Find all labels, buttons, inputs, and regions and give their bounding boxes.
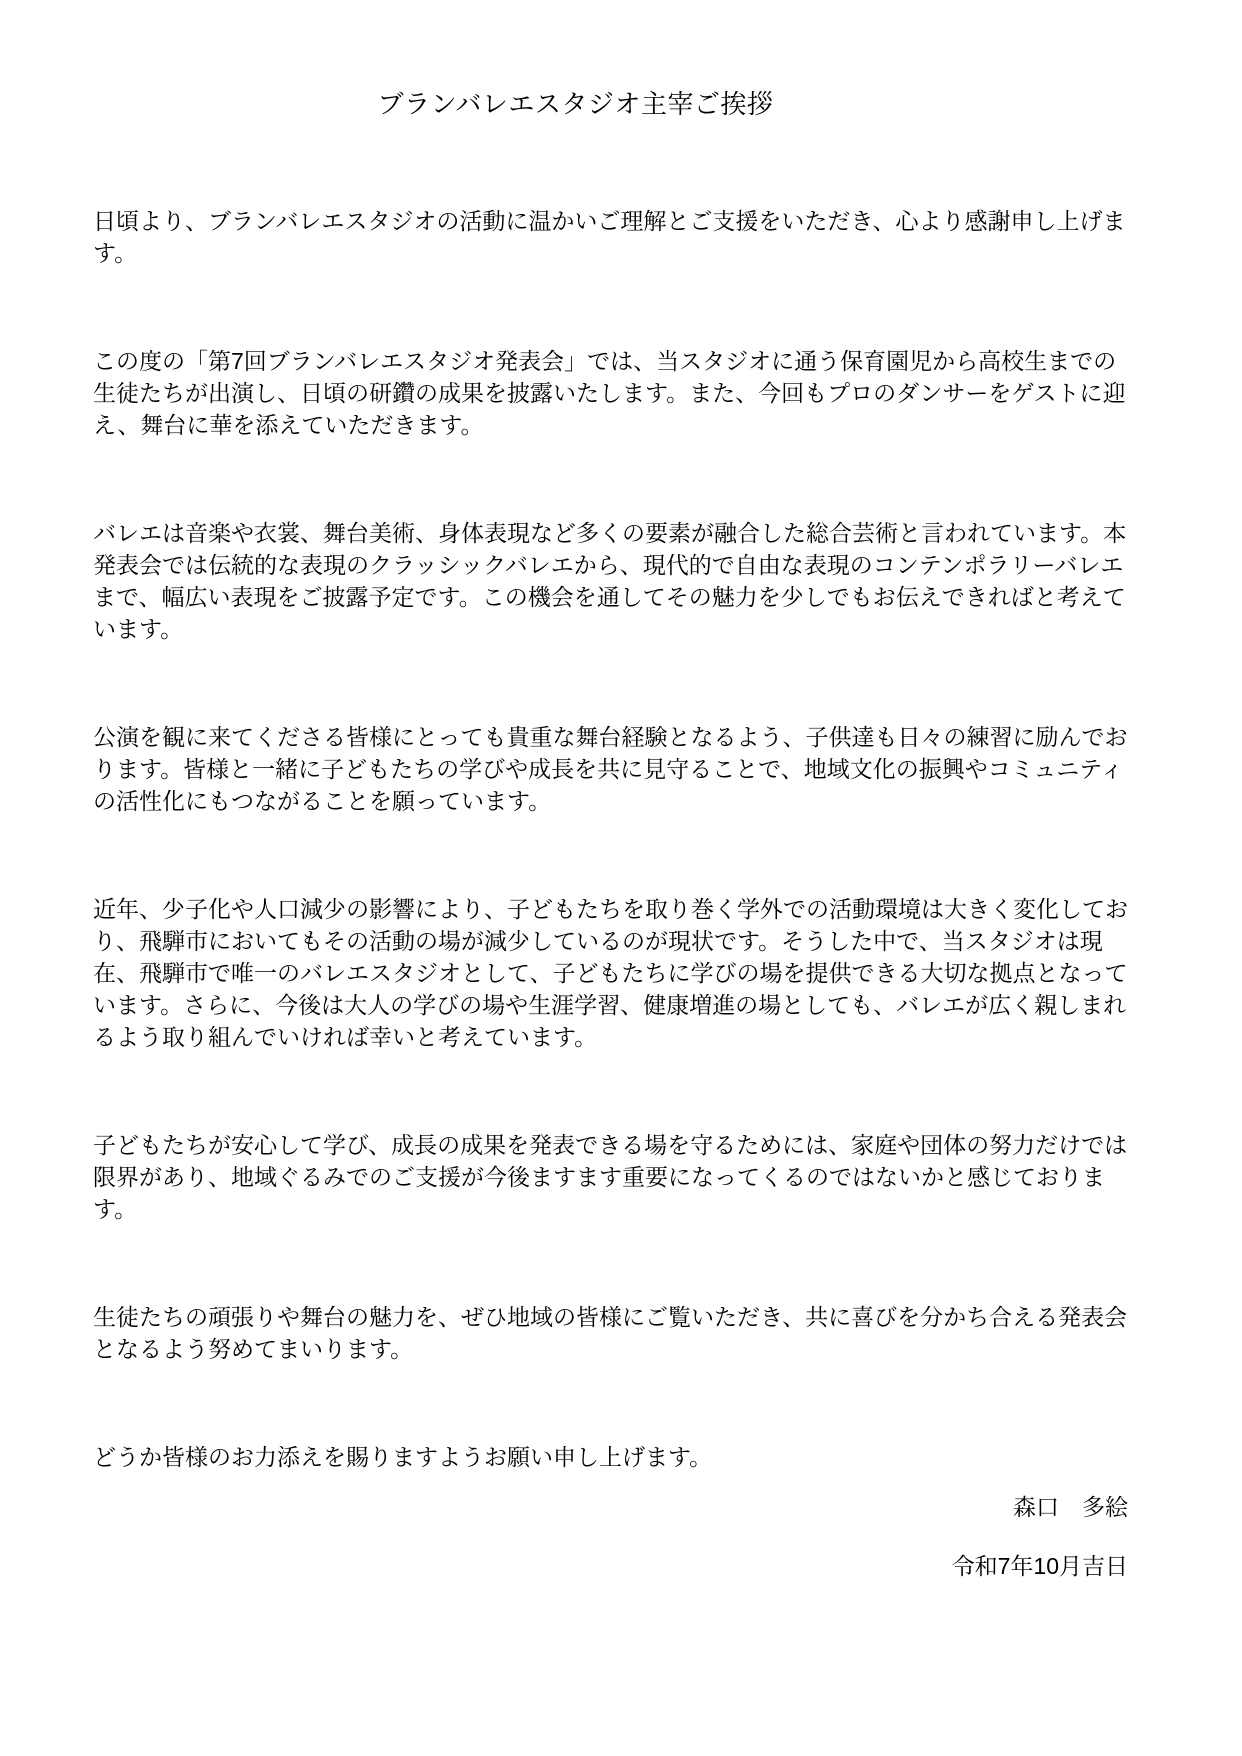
paragraph-recital-announcement: この度の「第7回ブランバレエスタジオ発表会」では、当スタジオに通う保育園児から高… [93,345,1128,441]
paragraph-support-importance: 子どもたちが安心して学び、成長の成果を発表できる場を守るためには、家庭や団体の努… [93,1129,1128,1225]
paragraph-ballet-as-art: バレエは音楽や衣裳、舞台美術、身体表現など多くの要素が融合した総合芸術と言われて… [93,517,1128,645]
paragraph-thanks: 日頃より、ブランバレエスタジオの活動に温かいご理解とご支援をいただき、心より感謝… [93,205,1128,269]
paragraph-community-role: 近年、少子化や人口減少の影響により、子どもたちを取り巻く学外での活動環境は大きく… [93,893,1128,1053]
document-date: 令和7年10月吉日 [93,1550,1128,1582]
paragraph-closing-request: どうか皆様のお力添えを賜りますようお願い申し上げます。 [93,1441,1128,1473]
document-title: ブランバレエスタジオ主宰ご挨拶 [93,86,1058,122]
paragraph-invitation: 生徒たちの頑張りや舞台の魅力を、ぜひ地域の皆様にご覧いただき、共に喜びを分かち合… [93,1301,1128,1365]
document-page: ブランバレエスタジオ主宰ご挨拶 日頃より、ブランバレエスタジオの活動に温かいご理… [0,0,1242,1756]
signature-name: 森口 多絵 [93,1491,1128,1523]
paragraph-stage-experience: 公演を観に来てくださる皆様にとっても貴重な舞台経験となるよう、子供達も日々の練習… [93,721,1128,817]
